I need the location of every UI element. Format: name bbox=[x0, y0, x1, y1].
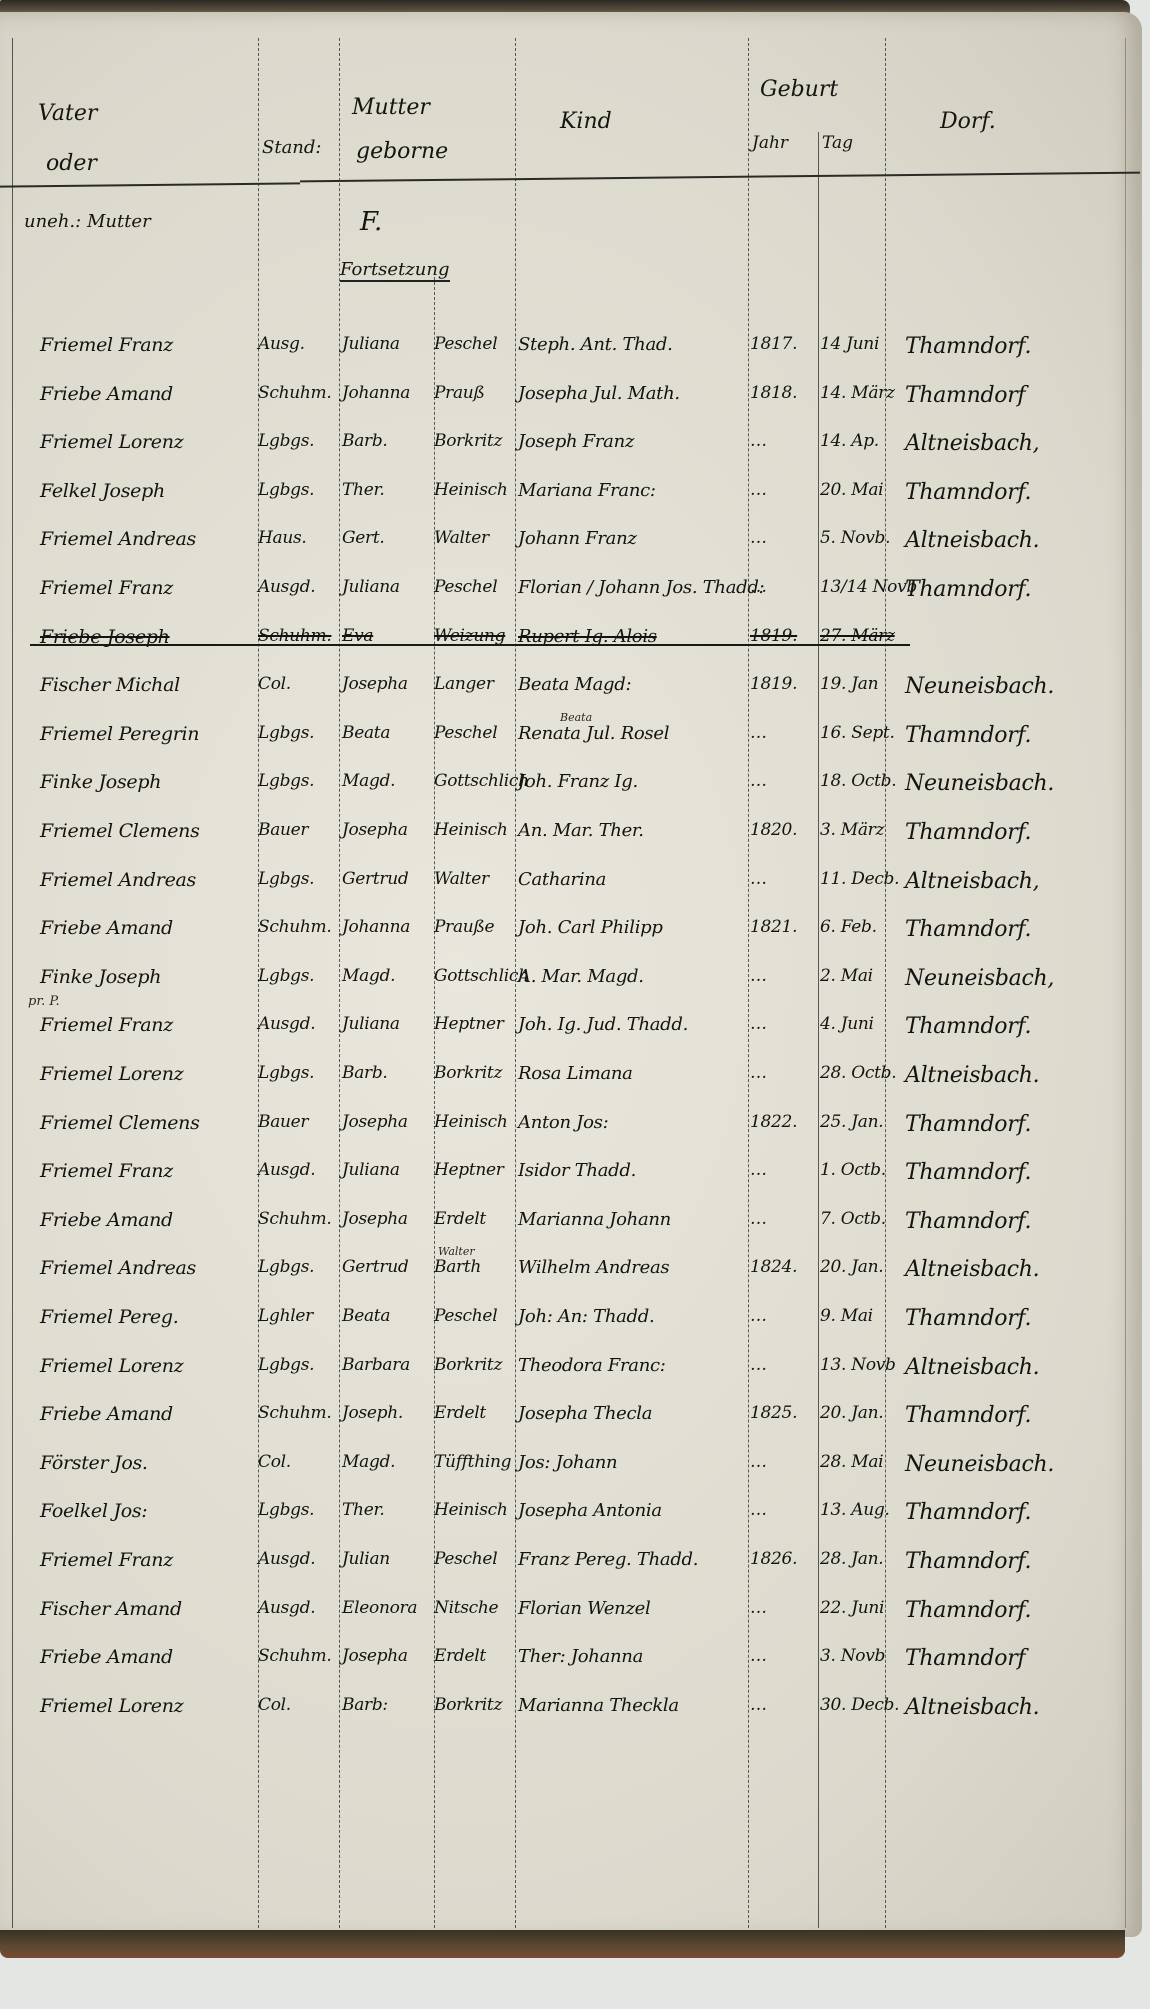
father-cell: Friebe Amand bbox=[40, 383, 255, 405]
father-cell: Foelkel Jos: bbox=[40, 1500, 255, 1522]
village-cell: Altneisbach. bbox=[905, 528, 1135, 553]
birth-year-cell: … bbox=[750, 480, 818, 500]
village-cell: Thamndorf. bbox=[905, 334, 1135, 359]
village-cell: Altneisbach. bbox=[905, 1695, 1135, 1720]
mother-first-name-cell: Josepha bbox=[342, 1112, 432, 1132]
birth-year-cell: … bbox=[750, 528, 818, 548]
birth-date-cell: 14. März bbox=[820, 383, 890, 403]
table-row: Friemel AndreasHaus.Gert.WalterJohann Fr… bbox=[0, 528, 1140, 570]
mother-first-name-cell: Ther. bbox=[342, 480, 432, 500]
table-row: Friemel LorenzLgbgs.Barb.BorkritzRosa Li… bbox=[0, 1063, 1140, 1105]
birth-date-cell: 30. Decb. bbox=[820, 1695, 890, 1715]
mother-maiden-name-cell: Walter bbox=[434, 528, 514, 548]
status-cell: Haus. bbox=[258, 528, 338, 548]
status-cell: Schuhm. bbox=[258, 1403, 338, 1423]
status-cell: Ausgd. bbox=[258, 1014, 338, 1034]
father-cell: Friemel Andreas bbox=[40, 528, 255, 550]
father-cell: Friemel Lorenz bbox=[40, 1355, 255, 1377]
table-row: Friemel AndreasLgbgs.GertrudWalterCathar… bbox=[0, 869, 1140, 911]
mother-first-name-cell: Barb. bbox=[342, 431, 432, 451]
father-cell: Friebe Amand bbox=[40, 1209, 255, 1231]
header-father-line3: uneh.: Mutter bbox=[24, 212, 151, 232]
village-cell: Thamndorf. bbox=[905, 1403, 1135, 1428]
child-name-cell: Marianna Johann bbox=[518, 1209, 748, 1230]
mother-first-name-cell: Juliana bbox=[342, 1160, 432, 1180]
mother-first-name-cell: Barbara bbox=[342, 1355, 432, 1375]
village-cell: Neuneisbach. bbox=[905, 1452, 1135, 1477]
birth-year-cell: … bbox=[750, 771, 818, 791]
child-name-cell: Josepha Jul. Math. bbox=[518, 383, 748, 404]
child-name-cell: Ther: Johanna bbox=[518, 1646, 748, 1667]
village-cell: Thamndorf. bbox=[905, 1500, 1135, 1525]
father-cell: Felkel Joseph bbox=[40, 480, 255, 502]
father-cell: Friemel Franz bbox=[40, 1549, 255, 1571]
child-name-cell: Joh. Carl Philipp bbox=[518, 917, 748, 938]
village-cell: Altneisbach. bbox=[905, 1257, 1135, 1282]
birth-year-cell: … bbox=[750, 1500, 818, 1520]
birth-year-cell: … bbox=[750, 723, 818, 743]
child-name-cell: An. Mar. Ther. bbox=[518, 820, 748, 841]
father-cell: Friemel Franz bbox=[40, 1160, 255, 1182]
child-name-cell: Florian Wenzel bbox=[518, 1598, 748, 1619]
status-cell: Schuhm. bbox=[258, 917, 338, 937]
status-cell: Ausgd. bbox=[258, 1549, 338, 1569]
mother-maiden-name-cell: Peschel bbox=[434, 334, 514, 354]
section-label-f: F. bbox=[360, 208, 382, 237]
birth-date-cell: 7. Octb. bbox=[820, 1209, 890, 1229]
status-cell: Lgbgs. bbox=[258, 723, 338, 743]
village-cell: Altneisbach, bbox=[905, 431, 1135, 456]
table-row: Friebe AmandSchuhm.JosephaErdeltMarianna… bbox=[0, 1209, 1140, 1251]
birth-year-cell: … bbox=[750, 1160, 818, 1180]
child-name-cell: Josepha Antonia bbox=[518, 1500, 748, 1521]
table-row: Friemel Pereg.LghlerBeataPeschelJoh: An:… bbox=[0, 1306, 1140, 1348]
table-row: Friebe JosephSchuhm.EvaWeizungRupert Ig.… bbox=[0, 626, 1140, 668]
status-cell: Lgbgs. bbox=[258, 480, 338, 500]
birth-date-cell: 4. Juni bbox=[820, 1014, 890, 1034]
status-cell: Lgbgs. bbox=[258, 966, 338, 986]
child-name-cell: Florian / Johann Jos. Thadd: bbox=[518, 577, 748, 598]
table-row: Friemel ClemensBauerJosephaHeinischAn. M… bbox=[0, 820, 1140, 862]
birth-year-cell: … bbox=[750, 869, 818, 889]
birth-year-cell: 1819. bbox=[750, 626, 818, 646]
birth-year-cell: 1819. bbox=[750, 674, 818, 694]
birth-date-cell: 2. Mai bbox=[820, 966, 890, 986]
mother-maiden-name-cell: Heinisch bbox=[434, 480, 514, 500]
birth-year-cell: … bbox=[750, 1598, 818, 1618]
mother-first-name-cell: Beata bbox=[342, 1306, 432, 1326]
mother-first-name-cell: Barb. bbox=[342, 1063, 432, 1083]
village-cell: Neuneisbach. bbox=[905, 674, 1135, 699]
mother-maiden-name-cell: Erdelt bbox=[434, 1646, 514, 1666]
header-child: Kind bbox=[560, 110, 612, 134]
birth-date-cell: 14 Juni bbox=[820, 334, 890, 354]
mother-first-name-cell: Gertrud bbox=[342, 1257, 432, 1277]
mother-maiden-name-cell: Heinisch bbox=[434, 820, 514, 840]
village-cell: Thamndorf bbox=[905, 383, 1135, 408]
birth-year-cell: 1820. bbox=[750, 820, 818, 840]
register-page: Vater oder uneh.: Mutter Stand: Mutter g… bbox=[0, 12, 1142, 1937]
mother-maiden-name-cell: Heinisch bbox=[434, 1112, 514, 1132]
status-cell: Schuhm. bbox=[258, 1646, 338, 1666]
status-cell: Ausgd. bbox=[258, 1160, 338, 1180]
birth-date-cell: 16. Sept. bbox=[820, 723, 890, 743]
village-cell: Thamndorf bbox=[905, 1646, 1135, 1671]
birth-date-cell: 1. Octb. bbox=[820, 1160, 890, 1180]
mother-first-name-cell: Julian bbox=[342, 1549, 432, 1569]
table-row: Foelkel Jos:Lgbgs.Ther.HeinischJosepha A… bbox=[0, 1500, 1140, 1542]
child-name-cell: Marianna Theckla bbox=[518, 1695, 748, 1716]
village-cell: Thamndorf. bbox=[905, 1306, 1135, 1331]
status-cell: Lgbgs. bbox=[258, 771, 338, 791]
mother-first-name-cell: Johanna bbox=[342, 383, 432, 403]
mother-maiden-name-cell: Langer bbox=[434, 674, 514, 694]
village-cell: Thamndorf. bbox=[905, 1112, 1135, 1137]
father-cell: Finke Joseph bbox=[40, 966, 255, 988]
table-row: Friemel LorenzLgbgs.BarbaraBorkritzTheod… bbox=[0, 1355, 1140, 1397]
status-cell: Lgbgs. bbox=[258, 869, 338, 889]
status-cell: Ausgd. bbox=[258, 1598, 338, 1618]
village-cell: Thamndorf. bbox=[905, 1209, 1135, 1234]
father-cell: Finke Joseph bbox=[40, 771, 255, 793]
birth-year-cell: … bbox=[750, 966, 818, 986]
birth-year-cell: … bbox=[750, 1306, 818, 1326]
table-row: Friemel FranzAusgd.JulianaHeptnerJoh. Ig… bbox=[0, 1014, 1140, 1056]
mother-maiden-name-cell: Tüffthing bbox=[434, 1452, 514, 1472]
father-cell: Förster Jos. bbox=[40, 1452, 255, 1474]
status-cell: Lghler bbox=[258, 1306, 338, 1326]
village-cell: Thamndorf. bbox=[905, 723, 1135, 748]
status-cell: Bauer bbox=[258, 820, 338, 840]
birth-date-cell: 13. Novb bbox=[820, 1355, 890, 1375]
mother-maiden-name-cell: Heinisch bbox=[434, 1500, 514, 1520]
child-name-cell: Joh: An: Thadd. bbox=[518, 1306, 748, 1327]
birth-date-cell: 28. Jan. bbox=[820, 1549, 890, 1569]
father-cell: Friemel Peregrin bbox=[40, 723, 255, 745]
mother-maiden-name-cell: Barth bbox=[434, 1257, 514, 1277]
strikethrough-line bbox=[30, 644, 910, 646]
margin-note: pr. P. bbox=[28, 994, 60, 1009]
table-row: Friemel ClemensBauerJosephaHeinischAnton… bbox=[0, 1112, 1140, 1154]
table-row: Felkel JosephLgbgs.Ther.HeinischMariana … bbox=[0, 480, 1140, 522]
table-row: Friemel FranzAusgd.JulianaHeptnerIsidor … bbox=[0, 1160, 1140, 1202]
child-name-cell: Mariana Franc: bbox=[518, 480, 748, 501]
header-father-line2: oder bbox=[46, 152, 97, 176]
mother-first-name-cell: Joseph. bbox=[342, 1403, 432, 1423]
header-place: Dorf. bbox=[940, 110, 996, 134]
child-name-cell: Catharina bbox=[518, 869, 748, 890]
table-row: Friebe AmandSchuhm.JohannaPraußeJoh. Car… bbox=[0, 917, 1140, 959]
mother-first-name-cell: Magd. bbox=[342, 771, 432, 791]
birth-year-cell: … bbox=[750, 1452, 818, 1472]
village-cell: Thamndorf. bbox=[905, 1549, 1135, 1574]
interlinear-note: Walter bbox=[438, 1245, 475, 1258]
village-cell: Thamndorf. bbox=[905, 917, 1135, 942]
birth-date-cell: 3. März bbox=[820, 820, 890, 840]
birth-date-cell: 14. Ap. bbox=[820, 431, 890, 451]
child-name-cell: Franz Pereg. Thadd. bbox=[518, 1549, 748, 1570]
status-cell: Col. bbox=[258, 1452, 338, 1472]
birth-date-cell: 25. Jan. bbox=[820, 1112, 890, 1132]
mother-maiden-name-cell: Gottschlich bbox=[434, 771, 514, 791]
birth-year-cell: … bbox=[750, 431, 818, 451]
birth-year-cell: 1824. bbox=[750, 1257, 818, 1277]
table-row: Friebe AmandSchuhm.Joseph.ErdeltJosepha … bbox=[0, 1403, 1140, 1445]
village-cell: Thamndorf. bbox=[905, 577, 1135, 602]
status-cell: Lgbgs. bbox=[258, 1500, 338, 1520]
mother-first-name-cell: Magd. bbox=[342, 966, 432, 986]
header-birth: Geburt bbox=[760, 78, 838, 102]
mother-maiden-name-cell: Borkritz bbox=[434, 431, 514, 451]
child-name-cell: Joseph Franz bbox=[518, 431, 748, 452]
birth-date-cell: 6. Feb. bbox=[820, 917, 890, 937]
mother-first-name-cell: Gert. bbox=[342, 528, 432, 548]
mother-maiden-name-cell: Heptner bbox=[434, 1014, 514, 1034]
birth-date-cell: 18. Octb. bbox=[820, 771, 890, 791]
status-cell: Col. bbox=[258, 674, 338, 694]
mother-maiden-name-cell: Peschel bbox=[434, 1549, 514, 1569]
mother-maiden-name-cell: Erdelt bbox=[434, 1403, 514, 1423]
father-cell: Friemel Lorenz bbox=[40, 1063, 255, 1085]
status-cell: Ausg. bbox=[258, 334, 338, 354]
village-cell: Thamndorf. bbox=[905, 1160, 1135, 1185]
mother-maiden-name-cell: Walter bbox=[434, 869, 514, 889]
table-row: Friemel LorenzCol.Barb:BorkritzMarianna … bbox=[0, 1695, 1140, 1737]
father-cell: Friebe Amand bbox=[40, 917, 255, 939]
father-cell: Friebe Amand bbox=[40, 1403, 255, 1425]
table-row: Friebe AmandSchuhm.JosephaErdeltTher: Jo… bbox=[0, 1646, 1140, 1688]
mother-first-name-cell: Ther. bbox=[342, 1500, 432, 1520]
header-mother-line2: geborne bbox=[356, 140, 448, 164]
mother-first-name-cell: Josepha bbox=[342, 1646, 432, 1666]
child-name-cell: Jos: Johann bbox=[518, 1452, 748, 1473]
status-cell: Ausgd. bbox=[258, 577, 338, 597]
birth-year-cell: 1826. bbox=[750, 1549, 818, 1569]
mother-first-name-cell: Gertrud bbox=[342, 869, 432, 889]
birth-date-cell: 13/14 Novb bbox=[820, 577, 890, 597]
father-cell: Fischer Michal bbox=[40, 674, 255, 696]
birth-date-cell: 20. Jan. bbox=[820, 1403, 890, 1423]
child-name-cell: Rosa Limana bbox=[518, 1063, 748, 1084]
child-name-cell: A. Mar. Magd. bbox=[518, 966, 748, 987]
mother-first-name-cell: Johanna bbox=[342, 917, 432, 937]
status-cell: Schuhm. bbox=[258, 626, 338, 646]
book-bottom-edge bbox=[0, 1930, 1125, 1958]
birth-date-cell: 28. Mai bbox=[820, 1452, 890, 1472]
mother-first-name-cell: Josepha bbox=[342, 1209, 432, 1229]
birth-date-cell: 11. Decb. bbox=[820, 869, 890, 889]
mother-maiden-name-cell: Peschel bbox=[434, 723, 514, 743]
interlinear-note: Beata bbox=[560, 711, 592, 724]
birth-date-cell: 28. Octb. bbox=[820, 1063, 890, 1083]
status-cell: Schuhm. bbox=[258, 1209, 338, 1229]
father-cell: Friemel Lorenz bbox=[40, 431, 255, 453]
table-row: Friemel LorenzLgbgs.Barb.BorkritzJoseph … bbox=[0, 431, 1140, 473]
father-cell: Friemel Clemens bbox=[40, 820, 255, 842]
mother-maiden-name-cell: Borkritz bbox=[434, 1355, 514, 1375]
status-cell: Bauer bbox=[258, 1112, 338, 1132]
mother-first-name-cell: Barb: bbox=[342, 1695, 432, 1715]
child-name-cell: Joh. Franz Ig. bbox=[518, 771, 748, 792]
mother-maiden-name-cell: Borkritz bbox=[434, 1695, 514, 1715]
father-cell: Friebe Amand bbox=[40, 1646, 255, 1668]
table-row: Finke JosephLgbgs.Magd.GottschlichA. Mar… bbox=[0, 966, 1140, 1008]
mother-first-name-cell: Josepha bbox=[342, 674, 432, 694]
village-cell: Altneisbach, bbox=[905, 869, 1135, 894]
child-name-cell: Wilhelm Andreas bbox=[518, 1257, 748, 1278]
birth-date-cell: 13. Aug. bbox=[820, 1500, 890, 1520]
table-row: Förster Jos.Col.Magd.TüffthingJos: Johan… bbox=[0, 1452, 1140, 1494]
header-rule bbox=[0, 182, 300, 187]
village-cell: Thamndorf. bbox=[905, 820, 1135, 845]
table-row: Friemel PeregrinLgbgs.BeataPeschelRenata… bbox=[0, 723, 1140, 765]
mother-maiden-name-cell: Gottschlich bbox=[434, 966, 514, 986]
mother-first-name-cell: Juliana bbox=[342, 1014, 432, 1034]
birth-date-cell: 9. Mai bbox=[820, 1306, 890, 1326]
father-cell: Friemel Andreas bbox=[40, 1257, 255, 1279]
header-birth-day: Tag bbox=[822, 134, 853, 153]
village-cell: Thamndorf. bbox=[905, 1598, 1135, 1623]
status-cell: Lgbgs. bbox=[258, 431, 338, 451]
header-birth-year: Jahr bbox=[752, 134, 788, 153]
mother-maiden-name-cell: Weizung bbox=[434, 626, 514, 646]
status-cell: Lgbgs. bbox=[258, 1063, 338, 1083]
father-cell: Friemel Lorenz bbox=[40, 1695, 255, 1717]
mother-first-name-cell: Eva bbox=[342, 626, 432, 646]
mother-maiden-name-cell: Prauße bbox=[434, 917, 514, 937]
child-name-cell: Renata Jul. Rosel bbox=[518, 723, 748, 744]
header-mother-line1: Mutter bbox=[352, 96, 430, 120]
birth-date-cell: 19. Jan bbox=[820, 674, 890, 694]
mother-first-name-cell: Magd. bbox=[342, 1452, 432, 1472]
birth-year-cell: … bbox=[750, 1063, 818, 1083]
village-cell: Altneisbach. bbox=[905, 1355, 1135, 1380]
mother-maiden-name-cell: Peschel bbox=[434, 577, 514, 597]
table-row: Friemel FranzAusgd.JulianaPeschelFlorian… bbox=[0, 577, 1140, 619]
father-cell: Friemel Franz bbox=[40, 577, 255, 599]
village-cell: Altneisbach. bbox=[905, 1063, 1135, 1088]
header-father-line1: Vater bbox=[38, 102, 97, 126]
father-cell: Friemel Franz bbox=[40, 1014, 255, 1036]
father-cell: Friemel Pereg. bbox=[40, 1306, 255, 1328]
village-cell: Neuneisbach. bbox=[905, 771, 1135, 796]
table-row: Friemel AndreasLgbgs.GertrudBarthWilhelm… bbox=[0, 1257, 1140, 1299]
mother-first-name-cell: Beata bbox=[342, 723, 432, 743]
status-cell: Lgbgs. bbox=[258, 1355, 338, 1375]
father-cell: Friemel Clemens bbox=[40, 1112, 255, 1134]
birth-year-cell: … bbox=[750, 1695, 818, 1715]
table-row: Friemel FranzAusg.JulianaPeschelSteph. A… bbox=[0, 334, 1140, 376]
birth-date-cell: 20. Mai bbox=[820, 480, 890, 500]
birth-year-cell: 1825. bbox=[750, 1403, 818, 1423]
birth-year-cell: 1821. bbox=[750, 917, 818, 937]
child-name-cell: Anton Jos: bbox=[518, 1112, 748, 1133]
child-name-cell: Theodora Franc: bbox=[518, 1355, 748, 1376]
mother-maiden-name-cell: Erdelt bbox=[434, 1209, 514, 1229]
table-row: Friemel FranzAusgd.JulianPeschelFranz Pe… bbox=[0, 1549, 1140, 1591]
status-cell: Schuhm. bbox=[258, 383, 338, 403]
village-cell: Neuneisbach, bbox=[905, 966, 1135, 991]
birth-year-cell: 1817. bbox=[750, 334, 818, 354]
birth-date-cell: 20. Jan. bbox=[820, 1257, 890, 1277]
mother-maiden-name-cell: Peschel bbox=[434, 1306, 514, 1326]
child-name-cell: Isidor Thadd. bbox=[518, 1160, 748, 1181]
village-cell: Thamndorf. bbox=[905, 1014, 1135, 1039]
mother-maiden-name-cell: Heptner bbox=[434, 1160, 514, 1180]
father-cell: Friemel Franz bbox=[40, 334, 255, 356]
mother-first-name-cell: Josepha bbox=[342, 820, 432, 840]
birth-year-cell: 1818. bbox=[750, 383, 818, 403]
birth-year-cell: … bbox=[750, 1014, 818, 1034]
header-rule bbox=[300, 172, 1140, 183]
birth-year-cell: … bbox=[750, 1355, 818, 1375]
child-name-cell: Beata Magd: bbox=[518, 674, 748, 695]
mother-first-name-cell: Juliana bbox=[342, 577, 432, 597]
mother-first-name-cell: Eleonora bbox=[342, 1598, 432, 1618]
birth-date-cell: 27. März bbox=[820, 626, 890, 646]
mother-maiden-name-cell: Borkritz bbox=[434, 1063, 514, 1083]
mother-first-name-cell: Juliana bbox=[342, 334, 432, 354]
child-name-cell: Josepha Thecla bbox=[518, 1403, 748, 1424]
status-cell: Col. bbox=[258, 1695, 338, 1715]
village-cell: Thamndorf. bbox=[905, 480, 1135, 505]
child-name-cell: Joh. Ig. Jud. Thadd. bbox=[518, 1014, 748, 1035]
birth-date-cell: 22. Juni bbox=[820, 1598, 890, 1618]
table-row: Finke JosephLgbgs.Magd.GottschlichJoh. F… bbox=[0, 771, 1140, 813]
birth-date-cell: 5. Novb. bbox=[820, 528, 890, 548]
table-row: Fischer AmandAusgd.EleonoraNitscheFloria… bbox=[0, 1598, 1140, 1640]
birth-year-cell: … bbox=[750, 1209, 818, 1229]
header-status: Stand: bbox=[262, 138, 321, 158]
child-name-cell: Steph. Ant. Thad. bbox=[518, 334, 748, 355]
table-row: Friebe AmandSchuhm.JohannaPraußJosepha J… bbox=[0, 383, 1140, 425]
birth-year-cell: 1822. bbox=[750, 1112, 818, 1132]
status-cell: Lgbgs. bbox=[258, 1257, 338, 1277]
birth-year-cell: … bbox=[750, 577, 818, 597]
mother-maiden-name-cell: Nitsche bbox=[434, 1598, 514, 1618]
section-label-continuation: Fortsetzung bbox=[340, 260, 450, 282]
birth-date-cell: 3. Novb bbox=[820, 1646, 890, 1666]
father-cell: Fischer Amand bbox=[40, 1598, 255, 1620]
father-cell: Friemel Andreas bbox=[40, 869, 255, 891]
birth-year-cell: … bbox=[750, 1646, 818, 1666]
mother-maiden-name-cell: Prauß bbox=[434, 383, 514, 403]
child-name-cell: Johann Franz bbox=[518, 528, 748, 549]
